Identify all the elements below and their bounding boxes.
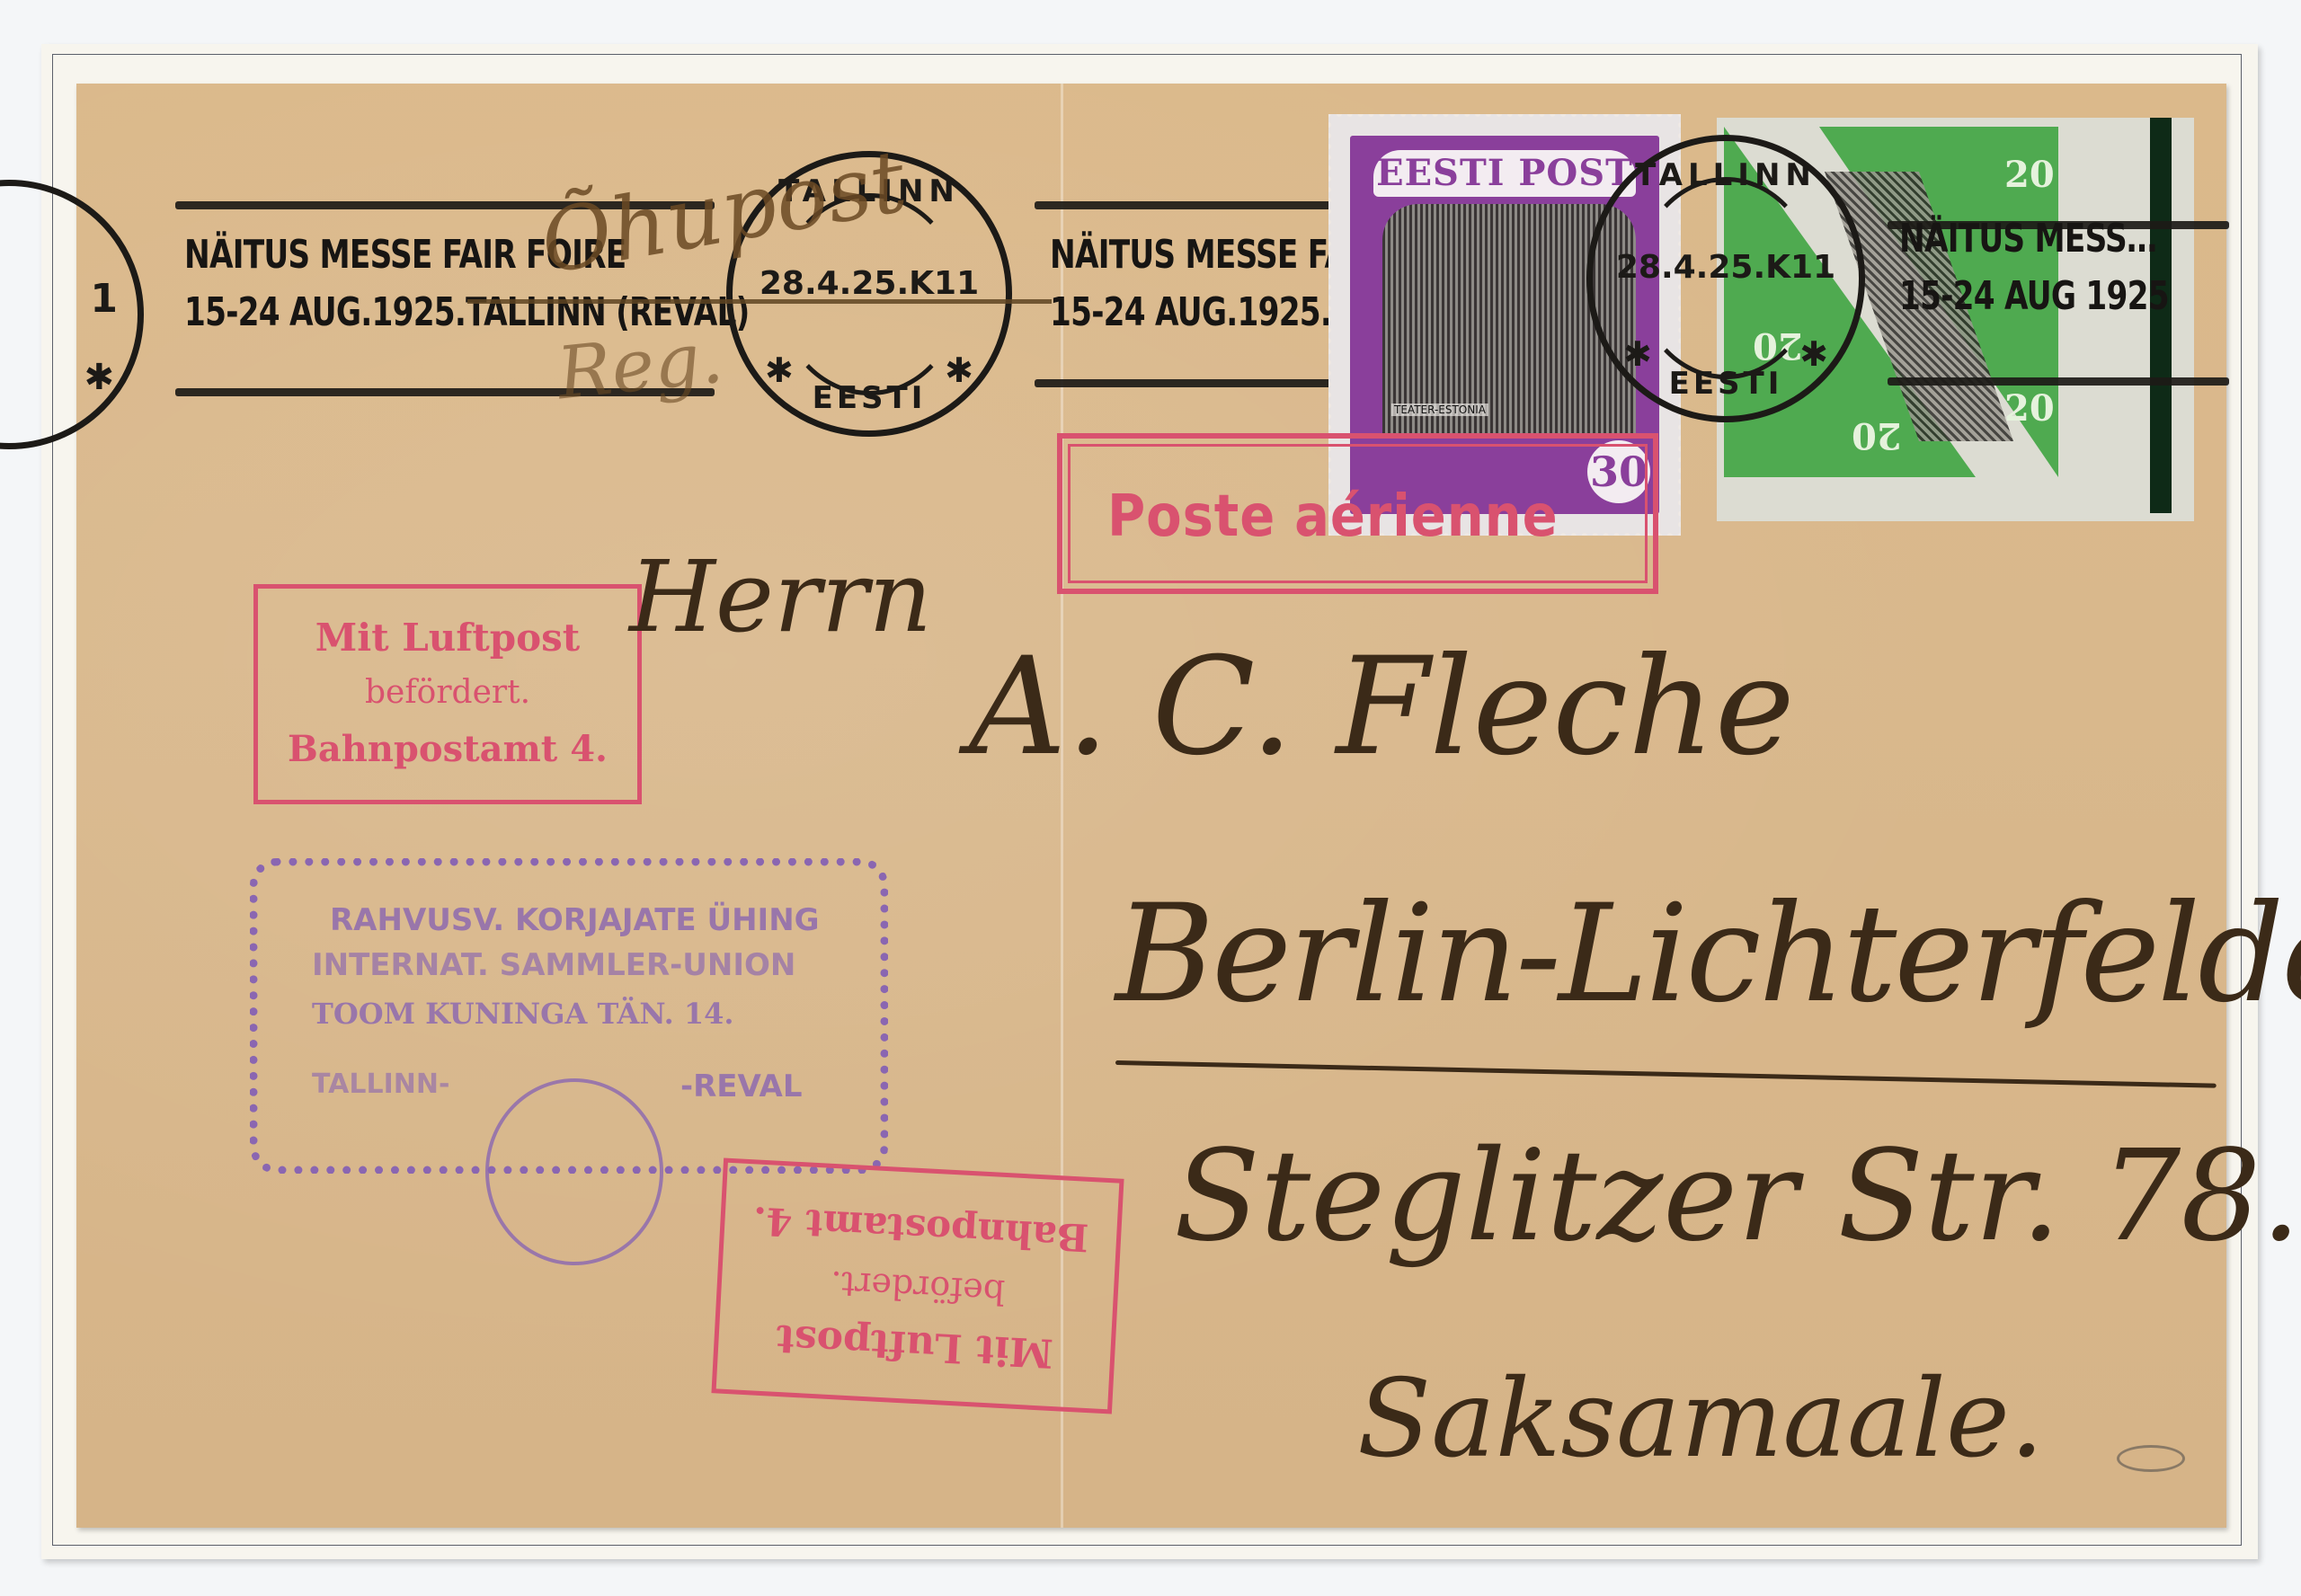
postmark-city: TALLINN	[1593, 157, 1859, 193]
postmark-date: 28.4.25.K11	[733, 265, 1006, 302]
address-country: Saksamaale.	[1357, 1357, 2044, 1482]
sender-line-4-left: TALLINN-	[312, 1068, 449, 1100]
postmark-date: 28.4.25.K11	[1593, 249, 1859, 286]
handstamp-line-1: Mit Luftpost	[717, 1313, 1111, 1379]
handstamp-line-3: Bahnpostamt 4.	[724, 1197, 1117, 1262]
annotation-reg: Reg.	[554, 315, 727, 416]
handstamp-luftpost-inverted: Mit Luftpost befördert. Bahnpostamt 4.	[711, 1158, 1124, 1414]
stamp-value: 20	[2004, 387, 2055, 430]
star-icon: ✱	[765, 350, 794, 390]
sender-line-1: RAHVUSV. KORJAJATE ÜHING	[330, 902, 820, 938]
star-icon: ✱	[1623, 334, 1652, 374]
sender-line-4-right: -REVAL	[680, 1068, 803, 1104]
address-city: Berlin-Lichterfelde	[1115, 876, 2301, 1033]
stamp-caption: TEATER-ESTONIA	[1391, 403, 1488, 416]
slogan-line-2: 15-24 AUG 1925	[1899, 273, 2169, 319]
slogan-line-1: NÄITUS MESS…	[1899, 216, 2156, 262]
handstamp-line-2: befördert.	[258, 674, 637, 711]
address-salutation: Herrn	[629, 539, 932, 654]
handstamp-line-1: Mit Luftpost	[258, 616, 637, 660]
sender-line-3: TOOM KUNINGA TÄN. 14.	[312, 997, 734, 1031]
handstamp-line-2: befördert.	[721, 1258, 1115, 1318]
cancel-bar	[1888, 377, 2229, 386]
handstamp-text: Poste aérienne	[1107, 483, 1559, 550]
handstamp-poste-aerienne: Poste aérienne	[1057, 433, 1658, 594]
star-icon: ✱	[84, 357, 114, 398]
postmark-tallinn-2: TALLINN 28.4.25.K11 EESTI ✱ ✱	[1586, 135, 1865, 422]
stamp-value: 20	[1852, 414, 1902, 457]
star-icon: ✱	[945, 350, 973, 390]
address-street: Steglitzer Str. 78.	[1174, 1123, 2301, 1270]
postmark-fragment-text: 1	[90, 276, 118, 322]
pencil-mark	[2117, 1445, 2185, 1472]
stamp-value: 20	[2004, 154, 2055, 196]
handstamp-line-3: Bahnpostamt 4.	[258, 728, 637, 770]
sender-line-2: INTERNAT. SAMMLER-UNION	[312, 947, 795, 983]
handstamp-luftpost: Mit Luftpost befördert. Bahnpostamt 4.	[253, 584, 642, 804]
star-icon: ✱	[1799, 334, 1828, 374]
seal-oval-icon	[485, 1078, 663, 1265]
annotation-strike	[467, 299, 1052, 304]
address-name: A. C. Fleche	[969, 629, 1795, 785]
